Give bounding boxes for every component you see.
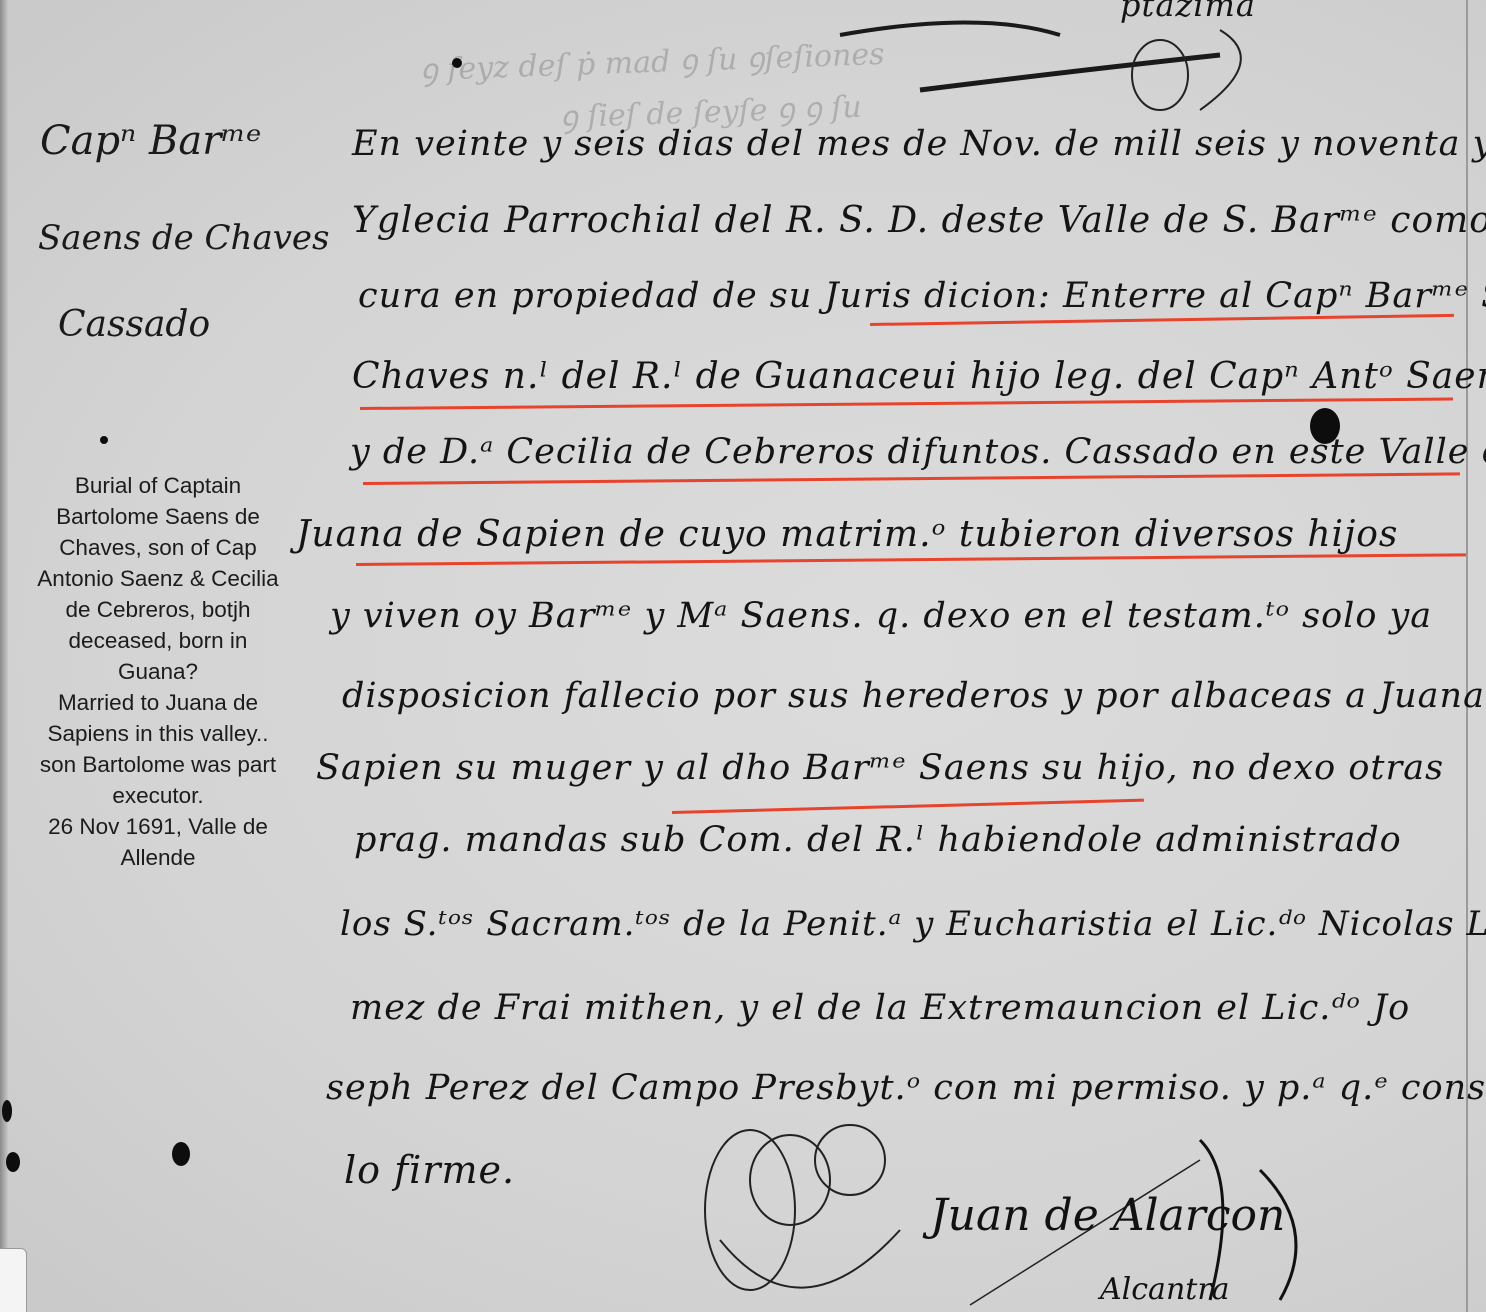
annotation-line: Bartolome Saens de	[10, 501, 306, 532]
annotation-line: Married to Juana de	[10, 687, 306, 718]
signature-rubric-text: Alcantra	[1100, 1272, 1230, 1307]
annotation-line: Chaves, son of Cap	[10, 532, 306, 563]
ink-blot	[1310, 408, 1340, 444]
ink-blot	[6, 1152, 20, 1172]
annotation-line: Allende	[10, 842, 306, 873]
record-line-4: Chaves n.ˡ del R.ˡ de Guanaceui hijo leg…	[352, 356, 1486, 397]
annotation-line: Antonio Saenz & Cecilia	[10, 563, 306, 594]
record-line-12: mez de Frai mithen, y el de la Extremaun…	[350, 988, 1410, 1028]
highlight-underline-3	[363, 472, 1460, 485]
record-line-1: En veinte y seis dias del mes de Nov. de…	[352, 124, 1486, 164]
priest-signature: Juan de Alarcon	[930, 1190, 1285, 1241]
record-line-10: prag. mandas sub Com. del R.ˡ habiendole…	[354, 820, 1402, 860]
record-line-11: los S.ᵗᵒˢ Sacram.ᵗᵒˢ de la Penit.ᵃ y Euc…	[340, 904, 1486, 944]
annotation-line: Sapiens in this valley..	[10, 718, 306, 749]
page-margin-rule	[1466, 0, 1468, 1312]
annotation-line: Guana?	[10, 656, 306, 687]
annotation-line: executor.	[10, 780, 306, 811]
record-line-14: lo firme.	[344, 1148, 515, 1192]
manuscript-page: ꝯ ſeyz deſ ṗ mad ꝯ ſu ꝯſeſiones ꝯ ſieſ d…	[0, 0, 1486, 1312]
record-line-9: Sapien su muger y al dho Barᵐᵉ Saens su …	[316, 748, 1444, 788]
record-line-8: disposicion fallecio por sus herederos y…	[342, 676, 1485, 716]
annotation-line: deceased, born in	[10, 625, 306, 656]
record-line-3: cura en propiedad de su Juris dicion: En…	[358, 276, 1486, 316]
ink-blot	[452, 58, 462, 68]
window-corner-tab	[0, 1248, 27, 1312]
ink-blot	[172, 1142, 190, 1166]
record-line-6: Juana de Sapien de cuyo matrim.ᵒ tubiero…	[296, 514, 1398, 555]
margin-note-status: Cassado	[58, 304, 210, 345]
record-line-2: Yglecia Parrochial del R. S. D. deste Va…	[352, 200, 1486, 241]
annotation-line: 26 Nov 1691, Valle de	[10, 811, 306, 842]
annotation-line: de Cebreros, botjh	[10, 594, 306, 625]
highlight-underline-5	[672, 799, 1144, 814]
annotation-caption: Burial of Captain Bartolome Saens de Cha…	[10, 470, 306, 873]
margin-note-surname: Saens de Chaves	[38, 218, 330, 258]
margin-note-name: Capⁿ Barᵐᵉ	[40, 118, 261, 164]
highlight-underline-4	[356, 553, 1466, 566]
annotation-line: Burial of Captain	[10, 470, 306, 501]
record-line-7: y viven oy Barᵐᵉ y Mᵃ Saens. q. dexo en …	[330, 596, 1432, 636]
highlight-underline-2	[360, 397, 1453, 410]
ink-blot	[2, 1100, 12, 1122]
header-flourish	[800, 0, 1280, 120]
ink-blot	[100, 436, 108, 444]
annotation-line: son Bartolome was part	[10, 749, 306, 780]
